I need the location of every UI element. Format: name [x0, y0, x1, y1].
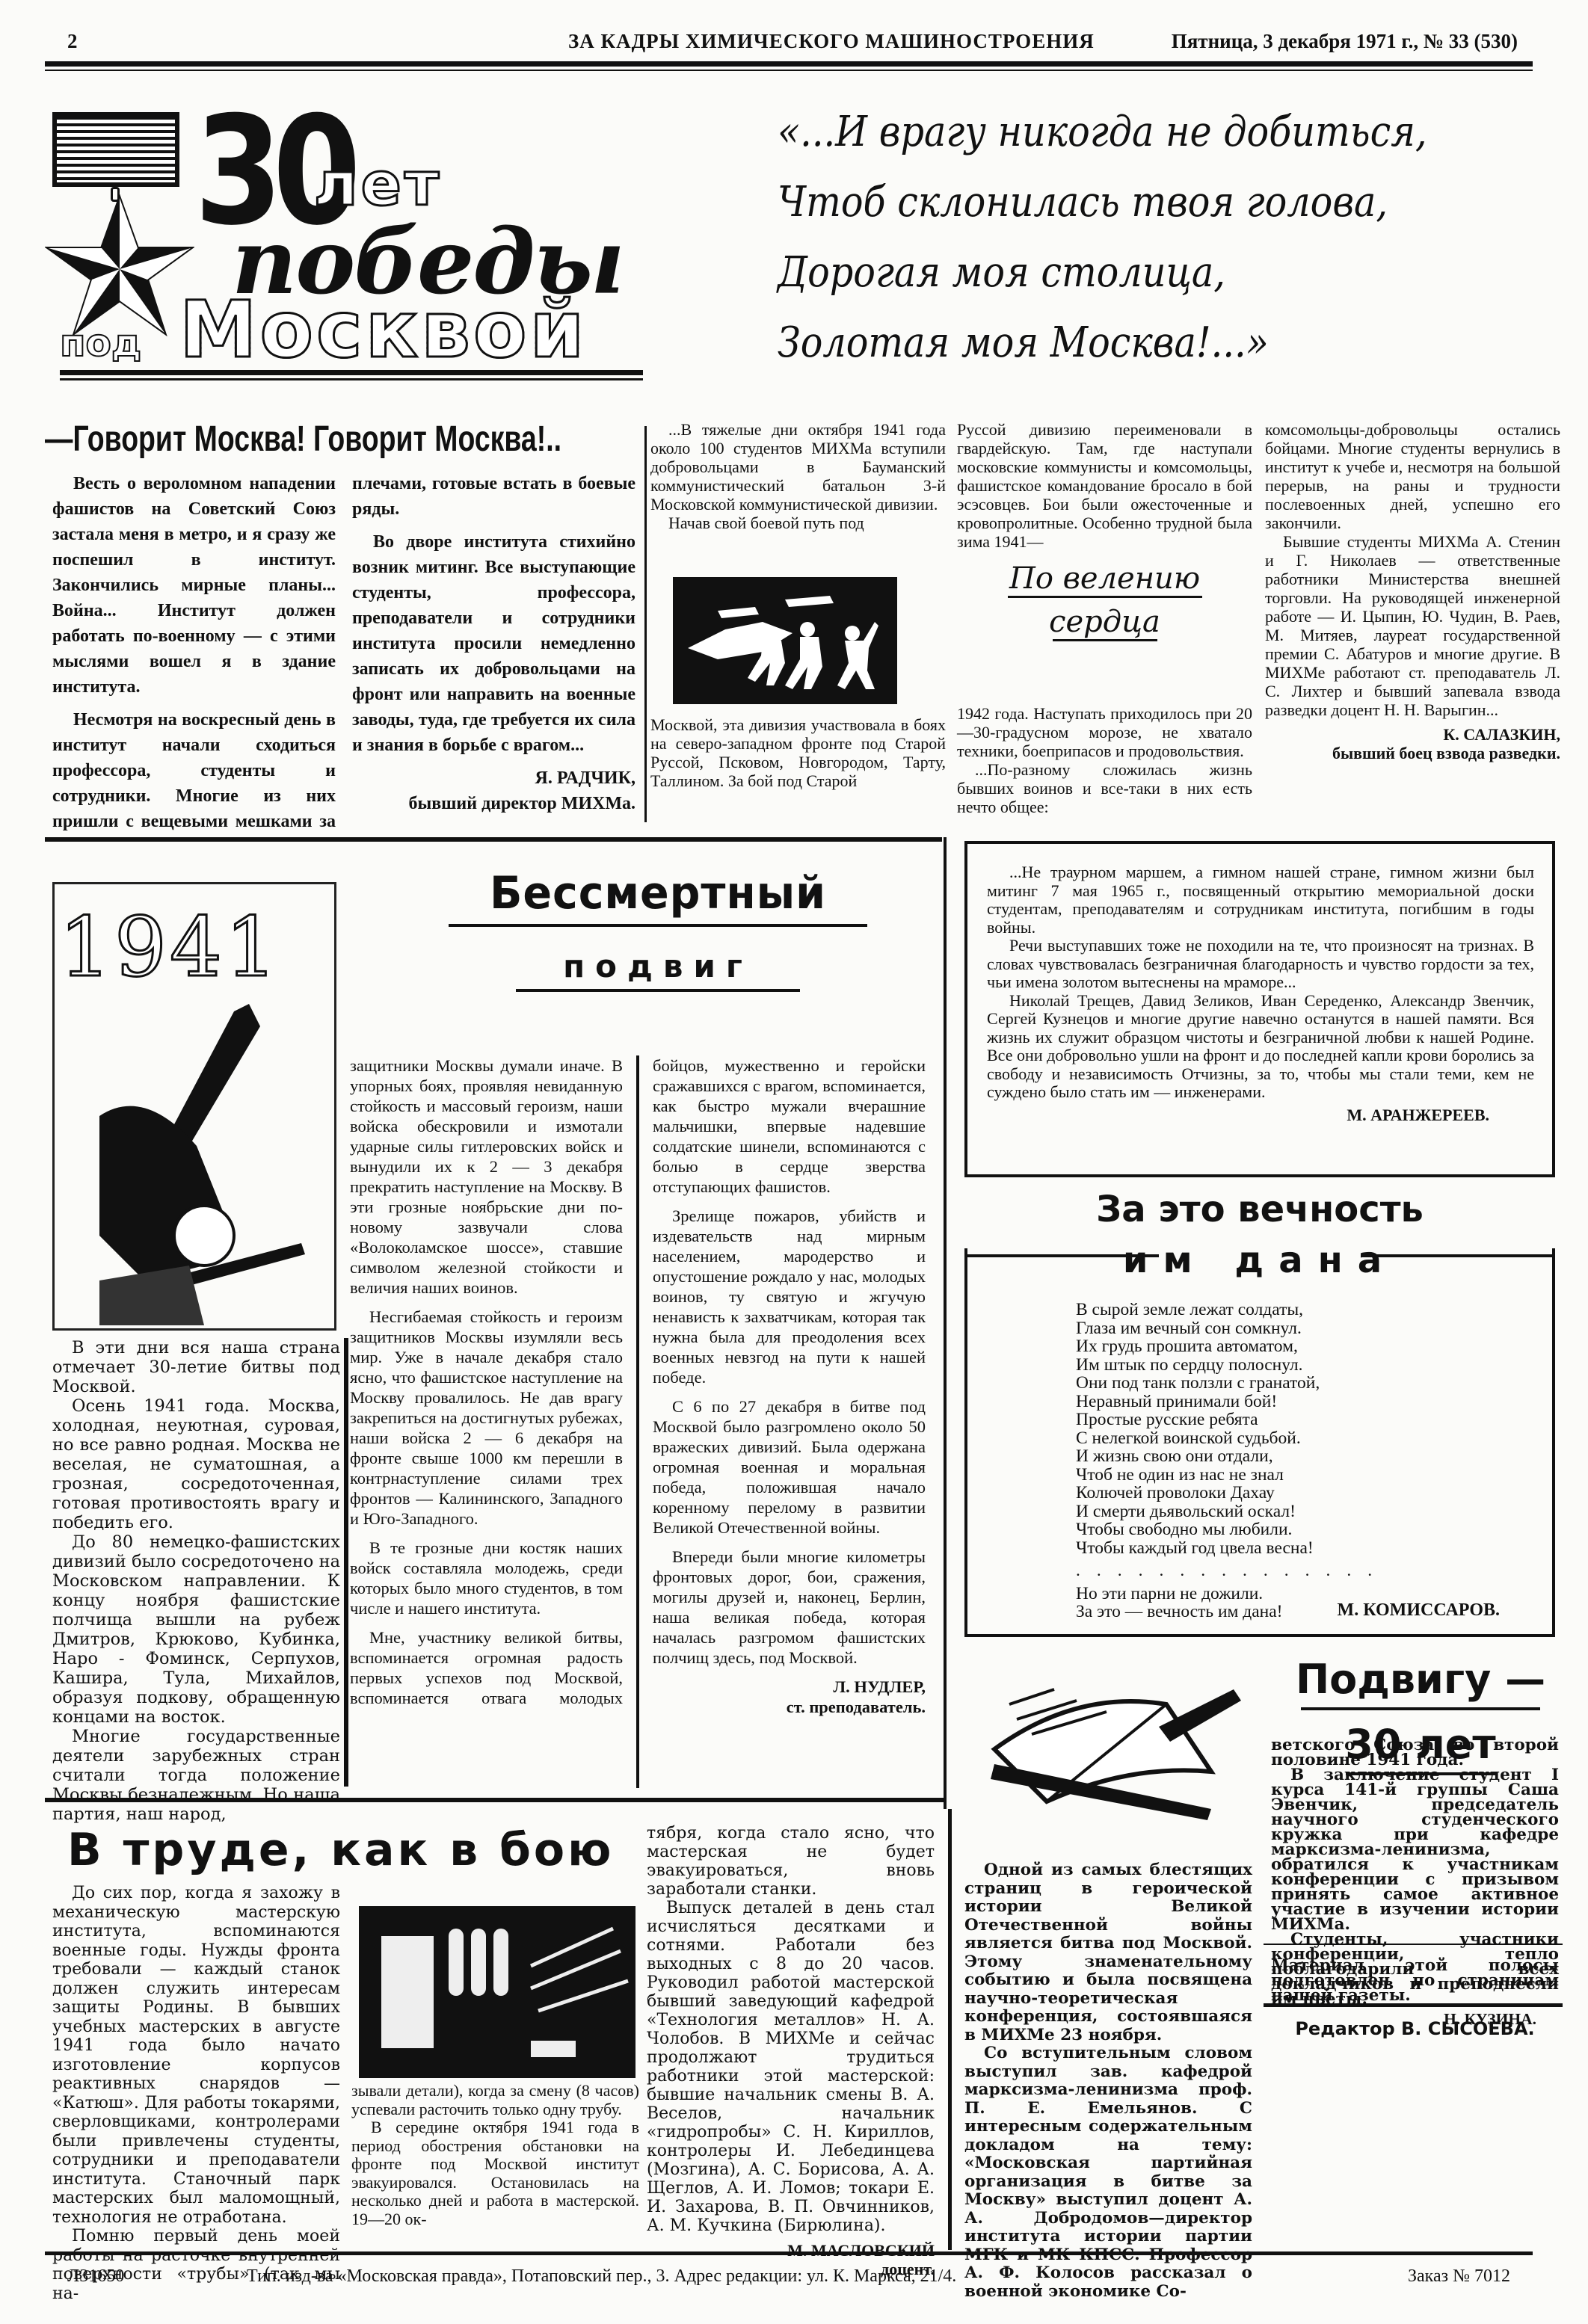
workshop-illustration [359, 1906, 635, 2078]
paragraph: Впереди были многие километры фронтовых … [653, 1547, 926, 1668]
banner-word-moskvoy: Москвой [179, 284, 587, 375]
article-headline: В труде, как в бою [67, 1824, 614, 1876]
paragraph: Одной из самых блестящих страниц в герои… [964, 1861, 1252, 2044]
article-salazkin: ...В тяжелые дни октября 1941 года около… [650, 420, 1578, 827]
paragraph: Зрелище пожаров, убийств и издевательств… [653, 1206, 926, 1387]
article-title: Бессмертный подвиг [449, 867, 867, 996]
poem-line: И жизнь свою они отдали, [1076, 1447, 1388, 1466]
poem-line: В сырой земле лежат солдаты, [1076, 1301, 1388, 1319]
poster-1941-illustration: 1941 [52, 882, 336, 1331]
article-column: Москвой, эта дивизия участвовала в боях … [650, 715, 946, 790]
epigraph: «...И врагу никогда не добиться, Чтоб ск… [778, 97, 1475, 378]
title-rule [516, 989, 800, 992]
paragraph: ...В тяжелые дни октября 1941 года около… [650, 420, 946, 514]
author-role: бывший директор МИХМа. [352, 791, 635, 816]
paragraph: зывали детали), когда за смену (8 часов)… [351, 2082, 639, 2118]
column-rule [944, 837, 947, 1809]
epigraph-line: «...И врагу никогда не добиться, [778, 97, 1475, 167]
title-line: сердца [957, 613, 1252, 632]
author-role: бывший боец взвода разведки. [1265, 744, 1560, 762]
soldier-figure-icon [55, 996, 336, 1331]
paragraph: Руссой дивизию переименовали в гвардейск… [957, 420, 1252, 551]
paragraph: До сих пор, когда я захожу в механическу… [52, 1884, 340, 2227]
masthead: 2 ЗА КАДРЫ ХИМИЧЕСКОГО МАШИНОСТРОЕНИЯ Пя… [45, 21, 1533, 58]
title-rule [1053, 639, 1157, 641]
book-and-rifle-illustration [964, 1659, 1256, 1831]
section-rule [45, 837, 942, 842]
article-column: комсомольцы-добровольцы остались бойцами… [1265, 420, 1560, 762]
page-number: 2 [67, 30, 78, 53]
author-name: Я. РАДЧИК, [535, 768, 635, 788]
paragraph: Николай Трещев, Давид Зеликов, Иван Сере… [987, 992, 1534, 1102]
poem-separator: ............... [1076, 1562, 1388, 1580]
paragraph: Несгибаемая стойкость и героизм защитник… [350, 1307, 623, 1529]
author-signature: Я. РАДЧИК, бывший директор МИХМа. [352, 765, 635, 816]
paragraph: Выпуск деталей в день стал исчисляться д… [647, 1899, 935, 2235]
title-rule [1008, 596, 1202, 598]
paragraph: До 80 немецко-фашистских дивизий было со… [52, 1532, 340, 1727]
article-headline: —Говорит Москва! Говорит Москва!.. [45, 419, 511, 460]
paragraph: Весть о вероломном нападении фашистов на… [52, 471, 336, 700]
article-column: 1942 года. Наступать приходилось при 20—… [957, 704, 1252, 816]
epigraph-line: Золотая моя Москва!...» [778, 308, 1475, 378]
star-icon [45, 194, 194, 336]
anniversary-banner: 30 лет победы под Москвой [45, 97, 643, 381]
column-rule [644, 426, 647, 822]
editorial-note: Материал этой полосы подготовлен по стра… [1271, 1958, 1559, 2003]
poem-line: Неравный принимали бой! [1076, 1393, 1388, 1411]
footer: Л31650 Тип. изд-ва «Московская правда», … [45, 2257, 1540, 2295]
epigraph-line: Дорогая моя столица, [778, 238, 1475, 308]
paragraph: комсомольцы-добровольцы остались бойцами… [1265, 420, 1560, 532]
poem-line: Простые русские ребята [1076, 1411, 1388, 1429]
paragraph: С 6 по 27 декабря в битве под Москвой бы… [653, 1396, 926, 1538]
paragraph: Осень 1941 года. Москва, холодная, неуют… [52, 1396, 340, 1532]
poem-body: В сырой земле лежат солдаты, Глаза им ве… [1076, 1301, 1388, 1621]
paragraph: В середине октября 1941 года в период об… [351, 2118, 639, 2228]
author-signature: М. АРАНЖЕРЕЕВ. [987, 1106, 1489, 1125]
newspaper-title: ЗА КАДРЫ ХИМИЧЕСКОГО МАШИНОСТРОЕНИЯ [568, 30, 1095, 53]
printer-address: Тип. изд-ва «Московская правда», Потапов… [247, 2266, 956, 2287]
title-line: Подвигу — [1271, 1656, 1570, 1703]
paragraph: Во дворе института стихийно возник митин… [352, 529, 635, 758]
poem-line: С нелегкой воинской судьбой. [1076, 1429, 1388, 1448]
section-rule [1264, 1944, 1563, 1945]
poem-line: Им штык по сердцу полоснул. [1076, 1356, 1388, 1375]
article-nudler-body: защитники Москвы думали иначе. В упорных… [350, 1055, 926, 1788]
article-radchik-body: Весть о вероломном нападении фашистов на… [52, 471, 635, 834]
paragraph: В эти дни вся наша страна отмечает 30-ле… [52, 1338, 340, 1396]
paragraph: Материал этой полосы подготовлен по стра… [1271, 1958, 1559, 2003]
print-code: Л31650 [67, 2266, 124, 2287]
paragraph: Бывшие студенты МИХМа А. Стенин и Г. Ник… [1265, 532, 1560, 719]
issue-date: Пятница, 3 декабря 1971 г., № 33 (530) [1172, 30, 1518, 53]
paragraph: Москвой, эта дивизия участвовала в боях … [650, 715, 946, 790]
paragraph: защитники Москвы думали иначе. В упорных… [350, 1055, 623, 1298]
poster-year: 1941 [59, 899, 280, 995]
poem-line: Колючей проволоки Дахау [1076, 1484, 1388, 1502]
epigraph-line: Чтоб склонилась твоя голова, [778, 167, 1475, 238]
author-signature: М. КОМИССАРОВ. [1338, 1600, 1500, 1621]
paragraph: В заключение студент I курса 141-й групп… [1271, 1768, 1559, 1932]
title-line: По велению [957, 570, 1252, 588]
column-rule [948, 1809, 952, 2250]
poem-title: им дана [967, 1239, 1552, 1281]
paragraph: ветского Союза во второй половине 1941 г… [1271, 1738, 1559, 1768]
article-nudler-lead: В эти дни вся наша страна отмечает 30-ле… [52, 1338, 340, 1824]
paragraph: 1942 года. Наступать приходилось при 20—… [957, 704, 1252, 760]
paragraph: ...По-разному сложилась жизнь бывших вои… [957, 760, 1252, 816]
article-column: зывали детали), когда за смену (8 часов)… [351, 2082, 639, 2228]
author-signature: Л. НУДЛЕР, ст. преподаватель. [653, 1677, 926, 1717]
author-name: Л. НУДЛЕР, [833, 1677, 926, 1696]
poem-line: Чтоб не один из нас не знал [1076, 1466, 1388, 1485]
author-name: К. САЛАЗКИН, [1443, 725, 1560, 744]
order-number: Заказ № 7012 [1408, 2266, 1510, 2287]
article-title: По велению сердца [957, 570, 1252, 649]
paragraph: тября, когда стало ясно, что мастерская … [647, 1824, 935, 1899]
paragraph: Речи выступавших тоже не походили на те,… [987, 937, 1534, 992]
article-column: До сих пор, когда я захожу в механическу… [52, 1884, 340, 2303]
poem-line: Их грудь прошита автоматом, [1076, 1337, 1388, 1356]
poem-line: Чтобы каждый год цвела весна! [1076, 1539, 1388, 1558]
paragraph: ...Не траурном маршем, а гимном нашей ст… [987, 863, 1534, 937]
editor-credit: Редактор В. СЫСОЕВА. [1271, 2018, 1559, 2039]
poem-line: И смерти дьявольский оскал! [1076, 1502, 1388, 1521]
article-column: тября, когда стало ясно, что мастерская … [647, 1824, 935, 2278]
section-rule [45, 1798, 946, 1802]
banner-rule [60, 370, 643, 375]
article-column: Руссой дивизию переименовали в гвардейск… [957, 420, 1252, 551]
poem-title: За это вечность [964, 1189, 1555, 1230]
column-rule [344, 1338, 348, 1787]
title-line: Бессмертный [459, 867, 857, 919]
paragraph: В те грозные дни костяк наших войск сост… [350, 1538, 623, 1618]
title-rule [449, 924, 867, 927]
poem-line: Чтобы свободно мы любили. [1076, 1520, 1388, 1539]
article-column: ...В тяжелые дни октября 1941 года около… [650, 420, 946, 532]
medal-ribbon-icon [52, 112, 179, 187]
banner-word-pod: под [60, 321, 141, 365]
masthead-rule [45, 61, 1533, 67]
author-role: ст. преподаватель. [653, 1697, 926, 1717]
banner-rule-thin [60, 378, 643, 380]
poem-line: Они под танк ползли с гранатой, [1076, 1374, 1388, 1393]
soldiers-attack-illustration [673, 577, 897, 704]
article-column: Одной из самых блестящих страниц в герои… [964, 1861, 1252, 2301]
author-signature: К. САЛАЗКИН, бывший боец взвода разведки… [1265, 725, 1560, 762]
footer-rule [45, 2251, 1533, 2255]
section-rule [1264, 2003, 1563, 2007]
title-rule [1301, 1707, 1540, 1710]
paragraph: Начав свой боевой путь под [650, 514, 946, 532]
masthead-rule-thin [45, 70, 1533, 71]
title-line: подвиг [449, 948, 867, 984]
article-aranzhereev: ...Не траурном маршем, а гимном нашей ст… [964, 841, 1555, 1177]
poem-komissarov: им дана В сырой земле лежат солдаты, Гла… [964, 1248, 1555, 1637]
poem-line: Глаза им вечный сон сомкнул. [1076, 1319, 1388, 1338]
paragraph: Многие государственные деятели зарубежны… [52, 1727, 340, 1824]
